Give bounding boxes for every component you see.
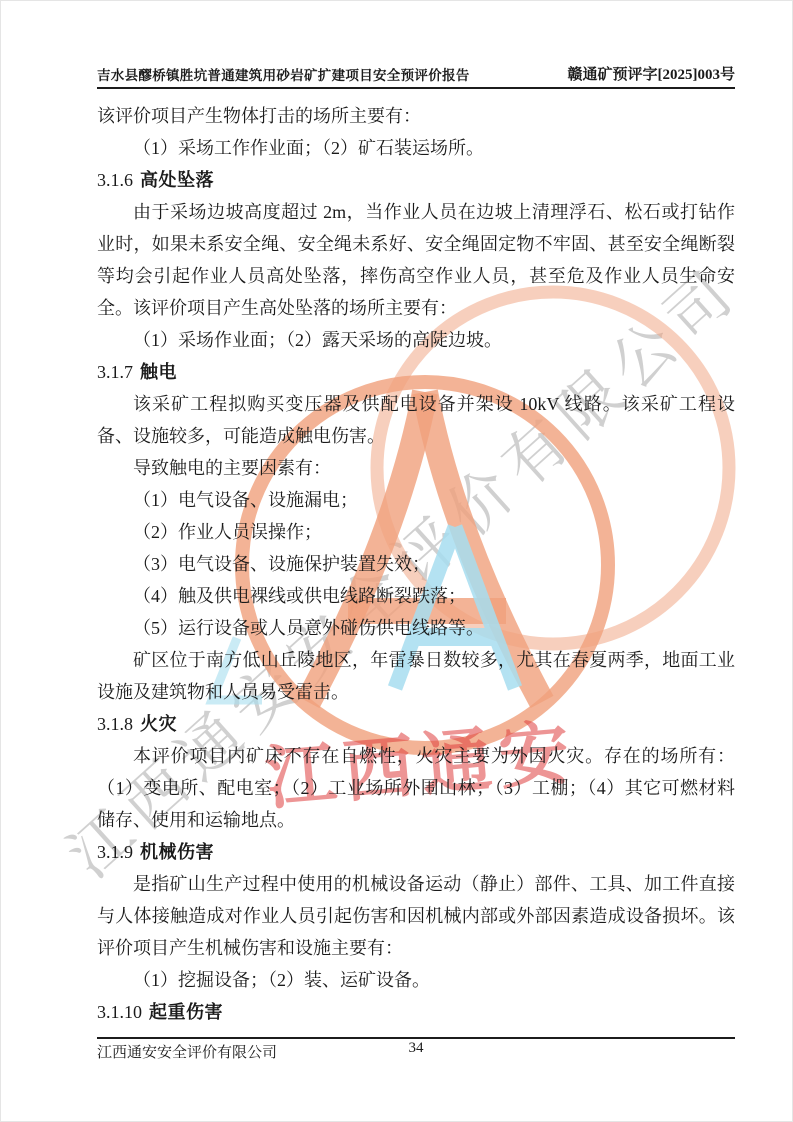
section-title: 高处坠落 [140, 170, 214, 190]
paragraph: （5）运行设备或人员意外碰伤供电线路等。 [97, 612, 735, 644]
document-number: 赣通矿预评字[2025]003号 [568, 63, 736, 84]
paragraph: （1）采场作业面；（2）露天采场的高陡边坡。 [97, 324, 735, 356]
section-title: 触电 [140, 362, 177, 382]
section-number: 3.1.6 [97, 170, 133, 190]
page-header: 吉水县醪桥镇胜坑普通建筑用砂岩矿扩建项目安全预评价报告 赣通矿预评字[2025]… [97, 60, 735, 84]
section-title: 火灾 [140, 714, 177, 734]
section-heading: 3.1.7触电 [97, 356, 735, 388]
section-heading: 3.1.6高处坠落 [97, 164, 735, 196]
paragraph: 矿区位于南方低山丘陵地区，年雷暴日数较多，尤其在春夏两季，地面工业设施及建筑物和… [97, 644, 735, 708]
report-title: 吉水县醪桥镇胜坑普通建筑用砂岩矿扩建项目安全预评价报告 [97, 64, 470, 84]
paragraph: （1）电气设备、设施漏电； [97, 484, 735, 516]
paragraph: （4）触及供电裸线或供电线路断裂跌落； [97, 580, 735, 612]
paragraph: 由于采场边坡高度超过 2m，当作业人员在边坡上清理浮石、松石或打钻作业时，如果未… [97, 196, 735, 324]
section-number: 3.1.7 [97, 362, 133, 382]
paragraph: 本评价项目内矿床不存在自燃性，火灾主要为外因火灾。存在的场所有：（1）变电所、配… [97, 740, 735, 836]
footer-rule [97, 1037, 735, 1039]
paragraph: 该采矿工程拟购买变压器及供配电设备并架设 10kV 线路。该采矿工程设备、设施较… [97, 388, 735, 452]
header-rule [97, 87, 735, 89]
section-heading: 3.1.9机械伤害 [97, 836, 735, 868]
paragraph: 是指矿山生产过程中使用的机械设备运动（静止）部件、工具、加工件直接与人体接触造成… [97, 868, 735, 964]
paragraph: （3）电气设备、设施保护装置失效； [97, 548, 735, 580]
paragraph: （1）挖掘设备；（2）装、运矿设备。 [97, 964, 735, 996]
document-page: 吉水县醪桥镇胜坑普通建筑用砂岩矿扩建项目安全预评价报告 赣通矿预评字[2025]… [0, 0, 793, 1122]
paragraph: 该评价项目产生物体打击的场所主要有： [97, 100, 735, 132]
section-heading: 3.1.10起重伤害 [97, 996, 735, 1028]
section-heading: 3.1.8火灾 [97, 708, 735, 740]
section-number: 3.1.10 [97, 1002, 142, 1022]
section-title: 起重伤害 [149, 1002, 223, 1022]
section-number: 3.1.9 [97, 842, 133, 862]
section-number: 3.1.8 [97, 714, 133, 734]
paragraph: （1）采场工作作业面；（2）矿石装运场所。 [97, 132, 735, 164]
report-body: 该评价项目产生物体打击的场所主要有：（1）采场工作作业面；（2）矿石装运场所。3… [97, 100, 735, 1028]
paragraph: （2）作业人员误操作； [97, 516, 735, 548]
page-number: 34 [97, 1040, 735, 1057]
section-title: 机械伤害 [140, 842, 214, 862]
paragraph: 导致触电的主要因素有： [97, 452, 735, 484]
